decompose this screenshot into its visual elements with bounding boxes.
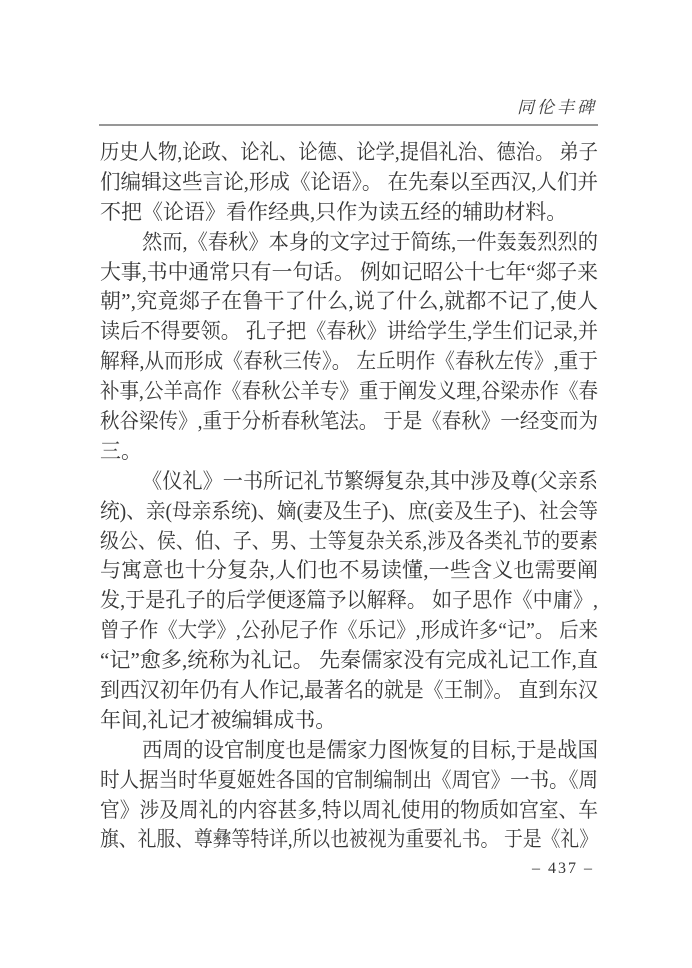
text-line-content: 西周的设官制度也是儒家力图恢复的目标,于是战国 [142, 736, 598, 766]
text-line-content: 与寓意也十分复杂,人们也不易读懂,一些含义也需要阐 [100, 556, 598, 586]
text-line: 官》涉及周礼的内容甚多,特以周礼使用的物质如宫室、车 [100, 796, 598, 826]
text-line-content: 朝”,究竟郯子在鲁干了什么,说了什么,就都不记了,使人 [100, 287, 598, 317]
text-line: “记”愈多,统称为礼记。 先秦儒家没有完成礼记工作,直 [100, 646, 598, 676]
text-line-content: 到西汉初年仍有人作记,最著名的就是《王制》。 直到东汉 [100, 676, 598, 706]
text-line: 秋谷梁传》,重于分析春秋笔法。 于是《春秋》一经变而为 [100, 407, 598, 437]
text-line: 《仪礼》一书所记礼节繁缛复杂,其中涉及尊(父亲系 [100, 467, 598, 497]
text-line-content: 年间,礼记才被编辑成书。 [100, 706, 336, 736]
text-line: 到西汉初年仍有人作记,最著名的就是《王制》。 直到东汉 [100, 676, 598, 706]
page-number: – 437 – [100, 859, 594, 879]
text-line: 曾子作《大学》,公孙尼子作《乐记》,形成许多“记”。 后来 [100, 616, 598, 646]
book-page: 同伦丰碑 历史人物,论政、论礼、论德、论学,提倡礼治、德治。 弟子们编辑这些言论… [0, 0, 692, 968]
text-line-content: 旗、礼服、尊彝等特详,所以也被视为重要礼书。 于是《礼》 [100, 825, 598, 855]
text-line-content: 解释,从而形成《春秋三传》。 左丘明作《春秋左传》,重于 [100, 347, 598, 377]
text-line-content: 然而,《春秋》本身的文字过于简练,一件轰轰烈烈的 [142, 228, 598, 258]
header-rule [99, 124, 598, 126]
text-line: 三。 [100, 437, 598, 467]
text-line: 西周的设官制度也是儒家力图恢复的目标,于是战国 [100, 736, 598, 766]
text-line: 发,于是孔子的后学便逐篇予以解释。 如子思作《中庸》, [100, 586, 598, 616]
text-line-content: 发,于是孔子的后学便逐篇予以解释。 如子思作《中庸》, [100, 586, 598, 616]
text-line-content: 曾子作《大学》,公孙尼子作《乐记》,形成许多“记”。 后来 [100, 616, 598, 646]
text-line: 朝”,究竟郯子在鲁干了什么,说了什么,就都不记了,使人 [100, 287, 598, 317]
text-line: 大事,书中通常只有一句话。 例如记昭公十七年“郯子来 [100, 258, 598, 288]
text-line-content: 历史人物,论政、论礼、论德、论学,提倡礼治、德治。 弟子 [100, 138, 598, 168]
text-line: 统)、亲(母亲系统)、嫡(妻及生子)、庶(妾及生子)、社会等 [100, 497, 598, 527]
text-line: 解释,从而形成《春秋三传》。 左丘明作《春秋左传》,重于 [100, 347, 598, 377]
text-line-content: 三。 [100, 437, 142, 467]
text-line-content: 《仪礼》一书所记礼节繁缛复杂,其中涉及尊(父亲系 [142, 467, 598, 497]
text-line: 读后不得要领。 孔子把《春秋》讲给学生,学生们记录,并 [100, 317, 598, 347]
text-line-content: 不把《论语》看作经典,只作为读五经的辅助材料。 [100, 198, 567, 228]
text-line-content: 秋谷梁传》,重于分析春秋笔法。 于是《春秋》一经变而为 [100, 407, 598, 437]
text-line: 历史人物,论政、论礼、论德、论学,提倡礼治、德治。 弟子 [100, 138, 598, 168]
text-line: 与寓意也十分复杂,人们也不易读懂,一些含义也需要阐 [100, 556, 598, 586]
text-line-content: “记”愈多,统称为礼记。 先秦儒家没有完成礼记工作,直 [100, 646, 598, 676]
text-line-content: 级公、侯、伯、子、男、士等复杂关系,涉及各类礼节的要素 [100, 527, 598, 557]
text-line: 们编辑这些言论,形成《论语》。 在先秦以至西汉,人们并 [100, 168, 598, 198]
text-line: 时人据当时华夏姬姓各国的官制编制出《周官》一书。《周 [100, 766, 598, 796]
text-line-content: 大事,书中通常只有一句话。 例如记昭公十七年“郯子来 [100, 258, 598, 288]
text-line-content: 读后不得要领。 孔子把《春秋》讲给学生,学生们记录,并 [100, 317, 598, 347]
text-line: 然而,《春秋》本身的文字过于简练,一件轰轰烈烈的 [100, 228, 598, 258]
running-header: 同伦丰碑 [100, 97, 597, 119]
text-line: 级公、侯、伯、子、男、士等复杂关系,涉及各类礼节的要素 [100, 527, 598, 557]
text-line: 补事,公羊高作《春秋公羊专》重于阐发义理,谷梁赤作《春 [100, 377, 598, 407]
text-line-content: 时人据当时华夏姬姓各国的官制编制出《周官》一书。《周 [100, 766, 598, 796]
running-header-title: 同伦丰碑 [517, 98, 597, 117]
text-line: 年间,礼记才被编辑成书。 [100, 706, 598, 736]
text-line-content: 统)、亲(母亲系统)、嫡(妻及生子)、庶(妾及生子)、社会等 [100, 497, 598, 527]
text-line-content: 官》涉及周礼的内容甚多,特以周礼使用的物质如宫室、车 [100, 796, 598, 826]
body-text: 历史人物,论政、论礼、论德、论学,提倡礼治、德治。 弟子们编辑这些言论,形成《论… [100, 138, 598, 855]
text-line: 不把《论语》看作经典,只作为读五经的辅助材料。 [100, 198, 598, 228]
text-line: 旗、礼服、尊彝等特详,所以也被视为重要礼书。 于是《礼》 [100, 825, 598, 855]
text-line-content: 补事,公羊高作《春秋公羊专》重于阐发义理,谷梁赤作《春 [100, 377, 598, 407]
text-line-content: 们编辑这些言论,形成《论语》。 在先秦以至西汉,人们并 [100, 168, 598, 198]
